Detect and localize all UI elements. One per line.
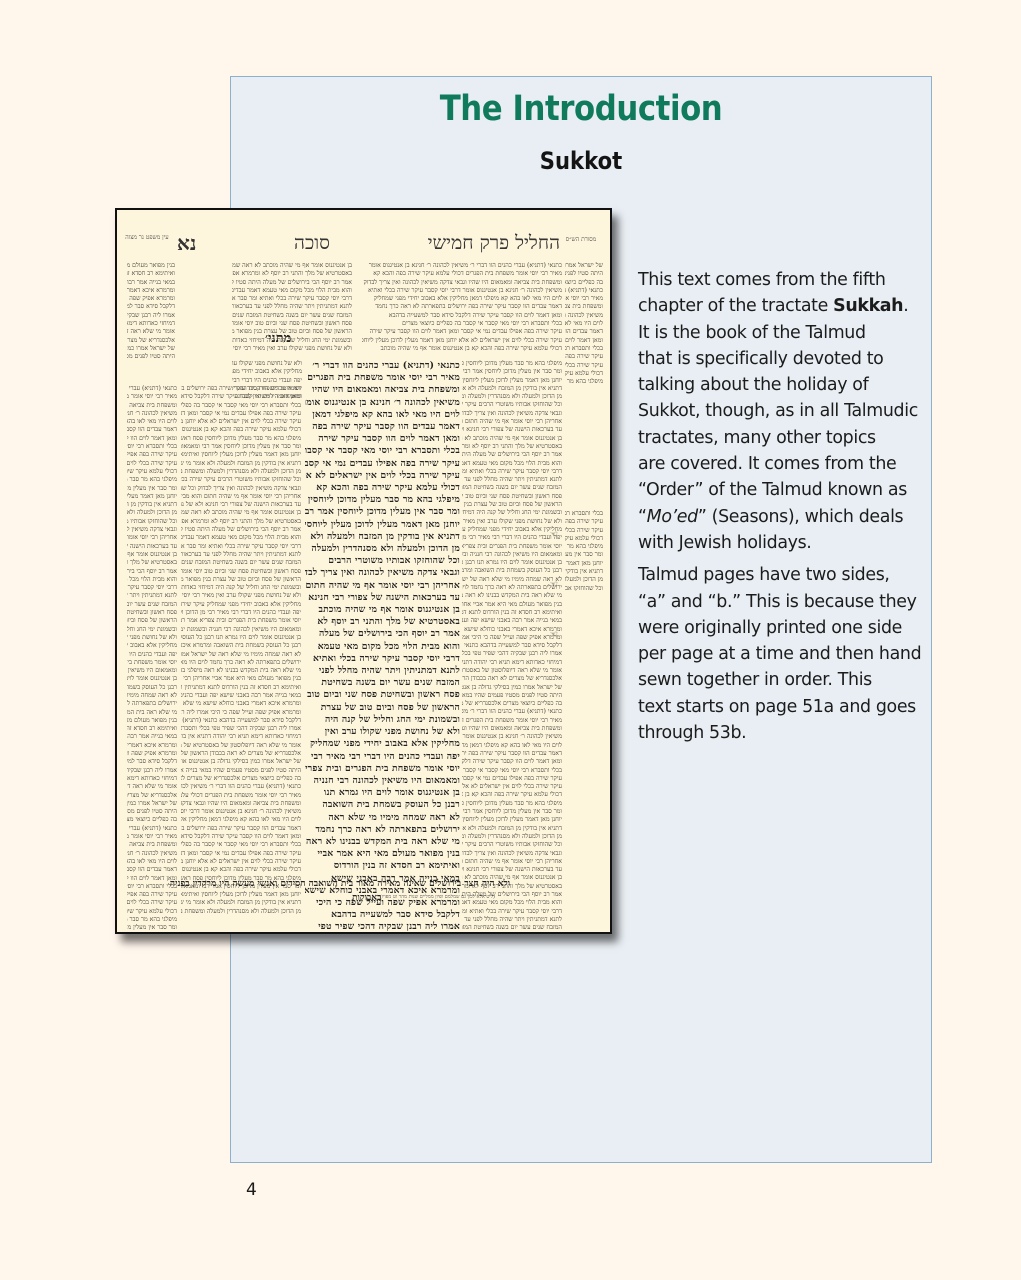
talmud-bottom-word: באבוקות: [352, 892, 381, 903]
talmud-page-header: החליל פרק חמישי סוכה נא: [177, 230, 560, 256]
body-line: with Jewish holidays.: [638, 530, 928, 556]
body-line: “Mo’ed” (Seasons), which deals: [638, 504, 928, 530]
tractate-name: Sukkah: [833, 296, 903, 316]
body-line: Talmud pages have two sides,: [638, 562, 928, 588]
body-line: that is specifically devoted to: [638, 346, 928, 372]
rashi-commentary-column: מיפלגי בהא מר סבר מעלין מדוכן ליוחסין פס…: [462, 360, 562, 934]
margin-pointer-icon: ☜: [550, 630, 558, 640]
mishnah-heading-word: מתני׳: [265, 330, 291, 346]
talmud-footnote: (ליט אלא לכון גם שמלמם ופיון ממליים שנות…: [380, 894, 495, 900]
body-line: This text comes from the fifth: [638, 267, 928, 293]
talmud-tractate-name: סוכה: [294, 232, 330, 255]
body-line: “a” and “b.” This is because they: [638, 589, 928, 615]
order-name: Mo’ed: [647, 507, 698, 527]
talmud-bottom-line: ולא היה חצר בירושלים שאינה מאירה מאור בי…: [170, 878, 510, 889]
talmud-page-image: החליל פרק חמישי סוכה נא מסורת הש״ס עין מ…: [115, 208, 612, 934]
body-line: through 53b.: [638, 720, 928, 746]
body-paragraph: Talmud pages have two sides,“a” and “b.”…: [638, 562, 928, 746]
page-subtitle: Sukkot: [273, 147, 889, 175]
page-title: The Introduction: [273, 89, 889, 129]
body-line: per page at a time and then hand: [638, 641, 928, 667]
tosafot-commentary-column: דאמר עבדים הוו קסבר עיקר שירה בפה ירושלי…: [181, 385, 301, 916]
body-line: Sukkot, though, as in all Talmudic: [638, 398, 928, 424]
body-line: are covered. It comes from the: [638, 451, 928, 477]
body-line: were originally printed one side: [638, 615, 928, 641]
body-line: text starts on page 51a and goes: [638, 694, 928, 720]
gemara-main-text: כתנאי (דתניא) עברי כהנים הוו דברי ר׳מאיר…: [305, 360, 460, 934]
rabbeinu-chananel-column: כתנאי (דתניא) עברי כהניםמאיר רבי יוסי או…: [127, 385, 177, 934]
gilyon-hashas-column: בכלי ותסברא רבי עיקר שירה בפה אפעיקר שיר…: [565, 510, 603, 593]
page-number: 4: [246, 1180, 257, 1200]
ein-mishpat-column: בנין מפואר מעולם מאי הואיתימא רב חסדא זה…: [127, 262, 175, 362]
ein-mishpat-label: עין משפט נר מצוה: [125, 234, 169, 241]
talmud-chapter-title: החליל פרק חמישי: [428, 232, 560, 255]
margin-pointer-icon: ☜: [550, 580, 558, 590]
body-text: This text comes from the fifthchapter of…: [638, 267, 928, 752]
talmud-folio-number: נא: [177, 231, 196, 256]
masoret-hashas-column: של ישראל אמרו כמיןהיתה סטיו לפנים מסבה כ…: [565, 262, 603, 386]
body-line: It is the book of the Talmud: [638, 320, 928, 346]
rashi-commentary-top: כתנאי (דתניא) עברי כהנים הוו דברי ר׳ משי…: [362, 262, 562, 353]
body-line: tractates, many other topics: [638, 425, 928, 451]
body-line: sewn together in order. This: [638, 667, 928, 693]
body-line: “Order” of the Talmud known as: [638, 477, 928, 503]
body-paragraph: This text comes from the fifthchapter of…: [638, 267, 928, 556]
tosafot-commentary-top: בן אנטיגנוס אומר אף מי שהיה מוכתב לא ראה…: [232, 262, 352, 353]
body-line: chapter of the tractate Sukkah.: [638, 293, 928, 319]
body-line: talking about the holiday of: [638, 372, 928, 398]
margin-pointer-icon: ☜: [550, 530, 558, 540]
masoret-hashas-label: מסורת הש״ס: [564, 236, 598, 243]
